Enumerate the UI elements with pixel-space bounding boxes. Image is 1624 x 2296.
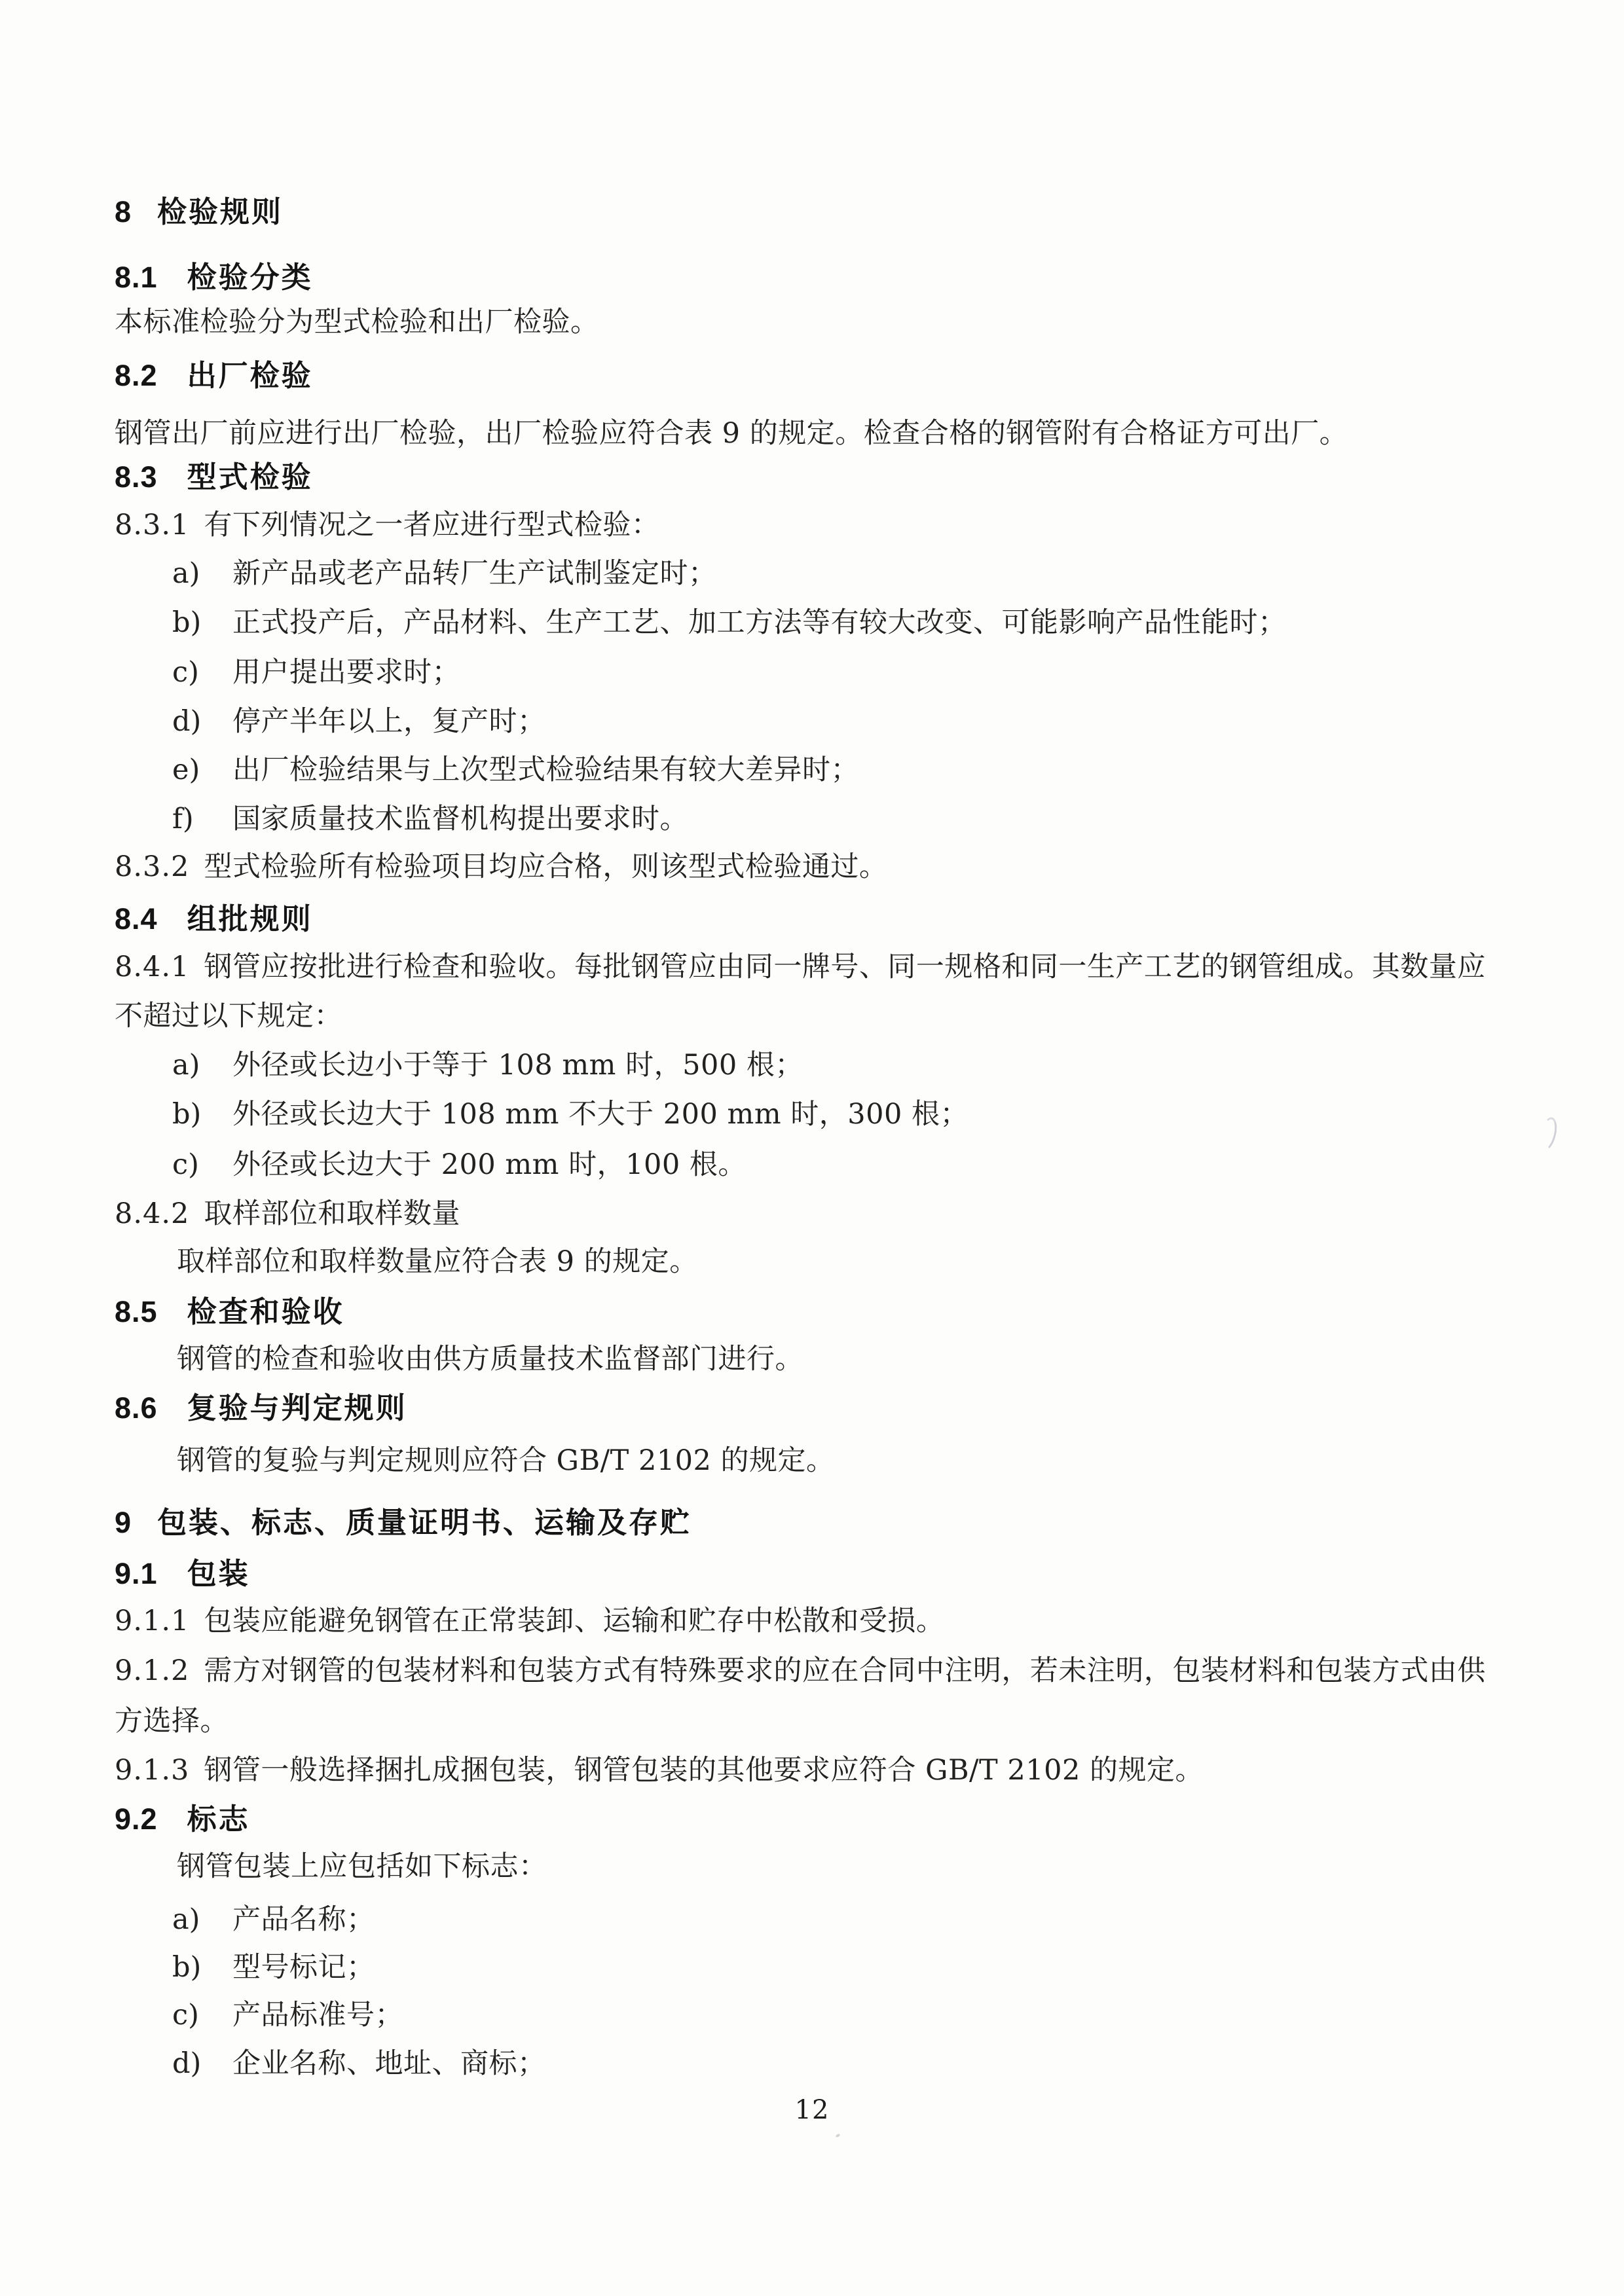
list-item-b: b)外径或长边大于 108 mm 不大于 200 mm 时，300 根； — [172, 1099, 969, 1131]
line-text: 不超过以下规定： — [115, 1000, 342, 1032]
line-text: 出厂检验结果与上次型式检验结果有较大差异时； — [232, 754, 859, 786]
line-marker: 8.6 — [115, 1391, 158, 1425]
list-item-d: d)企业名称、地址、商标； — [172, 2048, 546, 2080]
numbered-paragraph-831: 8.3.1有下列情况之一者应进行型式检验： — [115, 509, 659, 541]
line-text: 标志 — [187, 1802, 250, 1836]
line-text: 钢管出厂前应进行出厂检验，出厂检验应符合表 9 的规定。检查合格的钢管附有合格证… — [115, 417, 1348, 450]
section-heading-83: 8.3型式检验 — [115, 460, 313, 494]
list-item-c: c)用户提出要求时； — [172, 657, 460, 689]
line-marker: b) — [172, 1952, 232, 1984]
line-marker: 9 — [115, 1506, 131, 1540]
paragraph-l2: 本标准检验分为型式检验和出厂检验。 — [115, 306, 599, 338]
indented-paragraph-l23: 钢管的检查和验收由供方质量技术监督部门进行。 — [177, 1343, 803, 1376]
line-text: 检验分类 — [187, 261, 313, 294]
numbered-paragraph-911: 9.1.1包装应能避免钢管在正常装卸、运输和贮存中松散和受损。 — [115, 1605, 944, 1637]
chapter-heading-8: 8检验规则 — [115, 195, 283, 229]
section-heading-85: 8.5检查和验收 — [115, 1295, 344, 1329]
line-text: 检查和验收 — [187, 1295, 344, 1328]
line-text: 钢管包装上应包括如下标志： — [177, 1850, 547, 1883]
line-text: 国家质量技术监督机构提出要求时。 — [232, 803, 688, 835]
list-item-b: b)正式投产后，产品材料、生产工艺、加工方法等有较大改变、可能影响产品性能时； — [172, 607, 1287, 639]
line-marker: c) — [172, 657, 232, 689]
list-item-a: a)外径或长边小于等于 108 mm 时，500 根； — [172, 1049, 803, 1082]
line-marker: c) — [172, 1999, 232, 2032]
list-item-b: b)型号标记； — [172, 1952, 375, 1984]
line-marker: a) — [172, 558, 232, 590]
line-marker: 8.3.1 — [115, 509, 189, 541]
line-marker: 9.1.1 — [115, 1605, 189, 1637]
line-text: 本标准检验分为型式检验和出厂检验。 — [115, 306, 599, 338]
numbered-paragraph-912: 9.1.2需方对钢管的包装材料和包装方式有特殊要求的应在合同中注明，若未注明，包… — [115, 1655, 1486, 1687]
line-text: 检验规则 — [157, 195, 283, 228]
numbered-paragraph-842: 8.4.2取样部位和取样数量 — [115, 1198, 460, 1230]
line-text: 新产品或老产品转厂生产试制鉴定时； — [232, 557, 717, 590]
indented-paragraph-l33: 钢管包装上应包括如下标志： — [177, 1851, 547, 1883]
numbered-paragraph-832: 8.3.2型式检验所有检验项目均应合格，则该型式检验通过。 — [115, 851, 887, 883]
line-text: 包装应能避免钢管在正常装卸、运输和贮存中松散和受损。 — [204, 1605, 944, 1637]
page-number: 12 — [0, 2095, 1624, 2125]
line-marker: b) — [172, 607, 232, 639]
line-marker: 9.1.2 — [115, 1655, 189, 1687]
line-text: 钢管一般选择捆扎成捆包装，钢管包装的其他要求应符合 GB/T 2102 的规定。 — [204, 1754, 1204, 1787]
list-item-a: a)新产品或老产品转厂生产试制鉴定时； — [172, 558, 717, 590]
line-text: 企业名称、地址、商标； — [232, 2047, 546, 2080]
section-heading-82: 8.2出厂检验 — [115, 359, 313, 393]
line-marker: 8.3 — [115, 460, 158, 494]
line-text: 停产半年以上，复产时； — [232, 705, 546, 738]
continuation-l30: 方选择。 — [115, 1705, 229, 1738]
scan-artifact-squiggle — [1536, 1116, 1560, 1152]
line-marker: 9.1 — [115, 1557, 158, 1591]
line-text: 用户提出要求时； — [232, 656, 460, 689]
section-heading-81: 8.1检验分类 — [115, 261, 313, 295]
line-marker: a) — [172, 1049, 232, 1082]
line-text: 正式投产后，产品材料、生产工艺、加工方法等有较大改变、可能影响产品性能时； — [232, 606, 1287, 639]
line-text: 组批规则 — [187, 902, 313, 936]
numbered-paragraph-913: 9.1.3钢管一般选择捆扎成捆包装，钢管包装的其他要求应符合 GB/T 2102… — [115, 1755, 1204, 1787]
continuation-l16: 不超过以下规定： — [115, 1000, 342, 1032]
line-text: 产品名称； — [232, 1903, 375, 1936]
paragraph-l4: 钢管出厂前应进行出厂检验，出厂检验应符合表 9 的规定。检查合格的钢管附有合格证… — [115, 418, 1348, 450]
line-marker: 8.4 — [115, 902, 158, 936]
line-marker: a) — [172, 1904, 232, 1936]
line-marker: d) — [172, 706, 232, 738]
list-item-c: c)产品标准号； — [172, 1999, 403, 2032]
indented-paragraph-l25: 钢管的复验与判定规则应符合 GB/T 2102 的规定。 — [177, 1445, 835, 1477]
line-text: 出厂检验 — [187, 359, 313, 392]
section-heading-91: 9.1包装 — [115, 1557, 250, 1591]
line-text: 有下列情况之一者应进行型式检验： — [204, 509, 659, 541]
section-heading-84: 8.4组批规则 — [115, 902, 313, 936]
indented-paragraph-l21: 取样部位和取样数量应符合表 9 的规定。 — [177, 1246, 698, 1278]
section-heading-92: 9.2标志 — [115, 1802, 250, 1836]
line-text: 包装 — [187, 1557, 250, 1590]
line-marker: 9.2 — [115, 1802, 158, 1836]
line-text: 产品标准号； — [232, 1999, 403, 2032]
list-item-c: c)外径或长边大于 200 mm 时，100 根。 — [172, 1149, 747, 1181]
scan-artifact-speck — [835, 2134, 840, 2138]
line-text: 方选择。 — [115, 1705, 229, 1738]
line-marker: 8.1 — [115, 261, 158, 295]
line-marker: f) — [172, 803, 232, 835]
line-marker: b) — [172, 1099, 232, 1131]
line-marker: c) — [172, 1149, 232, 1181]
line-text: 钢管应按批进行检查和验收。每批钢管应由同一牌号、同一规格和同一生产工艺的钢管组成… — [204, 951, 1486, 983]
line-marker: 8.5 — [115, 1295, 158, 1329]
line-marker: 9.1.3 — [115, 1755, 189, 1787]
section-heading-86: 8.6复验与判定规则 — [115, 1391, 407, 1425]
list-item-d: d)停产半年以上，复产时； — [172, 706, 546, 738]
list-item-f: f)国家质量技术监督机构提出要求时。 — [172, 803, 688, 835]
line-text: 包装、标志、质量证明书、运输及存贮 — [157, 1506, 692, 1539]
line-text: 需方对钢管的包装材料和包装方式有特殊要求的应在合同中注明，若未注明，包装材料和包… — [204, 1654, 1486, 1687]
line-text: 取样部位和取样数量应符合表 9 的规定。 — [177, 1245, 698, 1278]
line-marker: e) — [172, 754, 232, 786]
document-page: 8检验规则8.1检验分类本标准检验分为型式检验和出厂检验。8.2出厂检验钢管出厂… — [0, 0, 1624, 2296]
line-text: 型式检验 — [187, 460, 313, 494]
line-marker: 8.2 — [115, 359, 158, 393]
list-item-e: e)出厂检验结果与上次型式检验结果有较大差异时； — [172, 754, 859, 786]
line-marker: 8 — [115, 195, 131, 229]
line-text: 型式检验所有检验项目均应合格，则该型式检验通过。 — [204, 850, 887, 883]
line-text: 外径或长边大于 200 mm 时，100 根。 — [232, 1148, 747, 1181]
line-marker: 8.4.1 — [115, 951, 189, 983]
line-text: 复验与判定规则 — [187, 1391, 407, 1425]
line-text: 钢管的复验与判定规则应符合 GB/T 2102 的规定。 — [177, 1444, 835, 1477]
line-text: 外径或长边大于 108 mm 不大于 200 mm 时，300 根； — [232, 1098, 969, 1131]
line-text: 外径或长边小于等于 108 mm 时，500 根； — [232, 1049, 803, 1082]
line-marker: 8.3.2 — [115, 851, 189, 883]
chapter-heading-9: 9包装、标志、质量证明书、运输及存贮 — [115, 1506, 692, 1540]
line-marker: d) — [172, 2048, 232, 2080]
line-text: 钢管的检查和验收由供方质量技术监督部门进行。 — [177, 1343, 803, 1376]
line-text: 型号标记； — [232, 1951, 375, 1984]
line-marker: 8.4.2 — [115, 1198, 189, 1230]
list-item-a: a)产品名称； — [172, 1904, 375, 1936]
line-text: 取样部位和取样数量 — [204, 1197, 460, 1230]
numbered-paragraph-841: 8.4.1钢管应按批进行检查和验收。每批钢管应由同一牌号、同一规格和同一生产工艺… — [115, 951, 1486, 983]
